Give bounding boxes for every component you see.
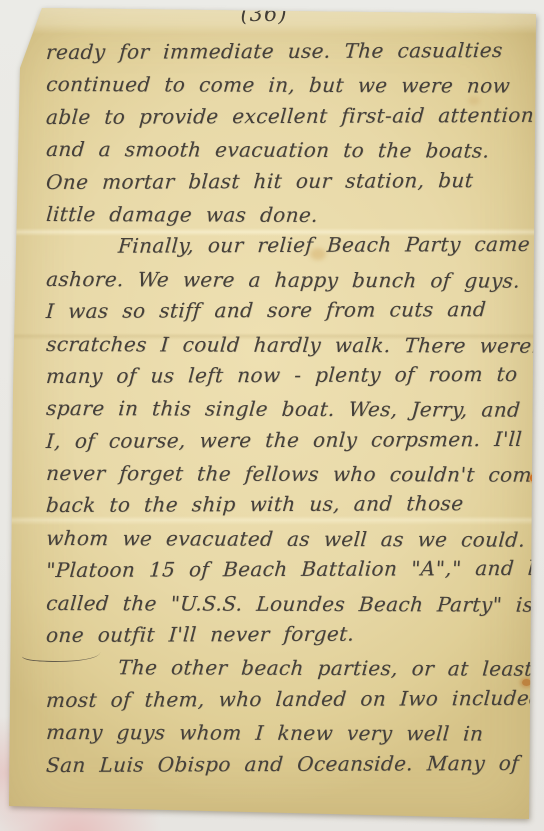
manuscript-line: never forget the fellows who couldn't co… xyxy=(45,457,525,491)
manuscript-text: ready for immediate use. The casualtiesc… xyxy=(45,36,523,781)
scan-background: (36) ready for immediate use. The casual… xyxy=(0,0,544,831)
manuscript-line: ashore. We were a happy bunch of guys. xyxy=(45,263,525,297)
manuscript-line: I, of course, were the only corpsmen. I'… xyxy=(45,423,525,457)
manuscript-line: one outfit I'll never forget. xyxy=(45,617,525,651)
manuscript-line: and a smooth evacuation to the boats. xyxy=(45,133,525,167)
manuscript-line: scratches I could hardly walk. There wer… xyxy=(45,328,525,362)
manuscript-page: (36) ready for immediate use. The casual… xyxy=(0,0,544,831)
manuscript-line: continued to come in, but we were now xyxy=(45,68,525,102)
manuscript-line: spare in this single boat. Wes, Jerry, a… xyxy=(45,392,525,426)
manuscript-line: The other beach parties, or at least xyxy=(45,651,525,685)
paper-shadow: (36) ready for immediate use. The casual… xyxy=(0,0,544,831)
manuscript-line: One mortar blast hit our station, but xyxy=(45,163,525,197)
manuscript-line: whom we evacuated as well as we could. xyxy=(45,522,525,556)
manuscript-line: ready for immediate use. The casualties xyxy=(45,34,525,68)
manuscript-line: many of us left now - plenty of room to xyxy=(45,358,525,392)
manuscript-line: back to the ship with us, and those xyxy=(45,487,525,521)
manuscript-line: called the "U.S.S. Loundes Beach Party" … xyxy=(45,587,525,621)
manuscript-line: little damage was done. xyxy=(45,198,525,232)
page-number: (36) xyxy=(224,2,304,26)
rust-stain xyxy=(522,679,531,686)
manuscript-line: San Luis Obispo and Oceanside. Many of t… xyxy=(45,747,525,781)
manuscript-line: able to provide excellent first-aid atte… xyxy=(45,99,525,133)
foxing-stain xyxy=(468,96,480,105)
manuscript-line: most of them, who landed on Iwo included xyxy=(45,682,525,716)
manuscript-line: "Platoon 15 of Beach Battalion "A"," and… xyxy=(45,552,525,586)
rust-stain xyxy=(530,474,538,482)
manuscript-line: Finally, our relief Beach Party came xyxy=(45,228,525,262)
manuscript-line: I was so stiff and sore from cuts and xyxy=(45,293,525,327)
foxing-stain xyxy=(310,248,326,260)
manuscript-line: many guys whom I knew very well in xyxy=(45,716,525,750)
